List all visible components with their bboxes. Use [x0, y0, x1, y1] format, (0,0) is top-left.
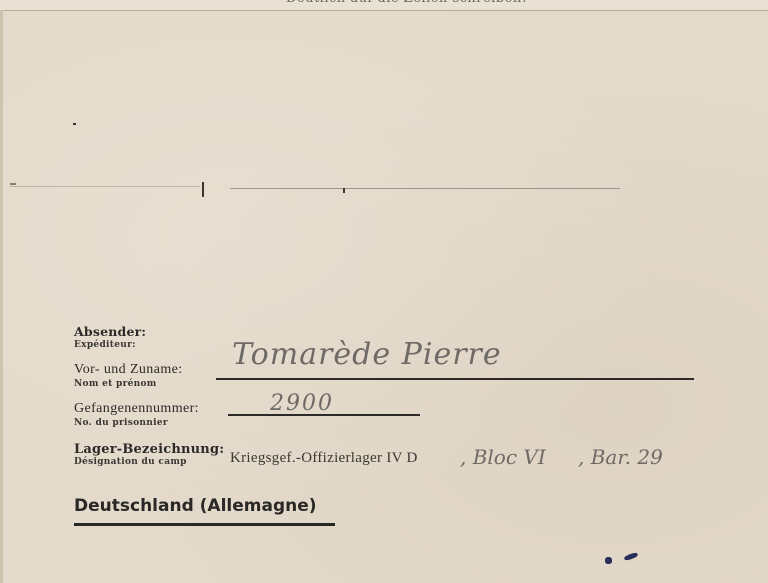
faint-line: [10, 186, 200, 187]
ink-mark: [10, 183, 16, 185]
prisoner-number-label: Gefangenennummer:: [74, 401, 199, 417]
instruction-text: Deutlich auf die Zeilen schreiben!: [286, 0, 527, 6]
postcard: Deutlich auf die Zeilen schreiben! Absen…: [0, 0, 768, 583]
ink-mark: [343, 188, 345, 193]
name-value[interactable]: Tomarède Pierre: [232, 337, 502, 372]
name-line: [216, 378, 694, 380]
ink-mark: [202, 182, 204, 197]
card-edge: [0, 10, 3, 583]
prisoner-number-label-fr: No. du prisonnier: [74, 418, 168, 428]
camp-block-value[interactable]: , Bloc VI: [460, 445, 546, 469]
faint-line: [230, 188, 620, 189]
camp-label: Lager-Bezeichnung:: [74, 442, 224, 457]
camp-barrack-value[interactable]: , Bar. 29: [578, 445, 663, 469]
name-label-fr: Nom et prénom: [74, 379, 157, 389]
name-label: Vor- und Zuname:: [74, 362, 183, 378]
ink-mark: [73, 123, 76, 125]
country-label: Deutschland (Allemagne): [74, 496, 317, 516]
prisoner-number-value[interactable]: 2900: [270, 391, 334, 416]
ink-blot: [624, 552, 639, 561]
top-strip: Deutlich auf die Zeilen schreiben!: [0, 0, 768, 11]
camp-printed-value: Kriegsgef.-Offizierlager IV D: [230, 450, 418, 467]
sender-heading: Absender:: [74, 324, 146, 339]
camp-label-fr: Désignation du camp: [74, 457, 187, 467]
ink-blot: [605, 557, 612, 564]
sender-heading-fr: Expéditeur:: [74, 340, 136, 350]
country-underline: [74, 523, 335, 526]
